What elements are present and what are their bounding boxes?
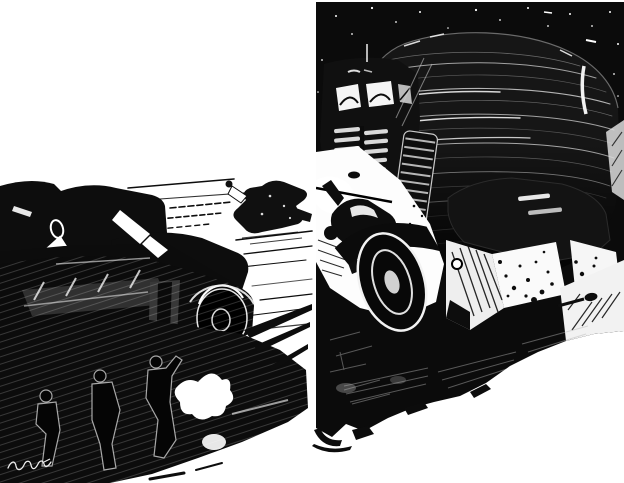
car-silhouette xyxy=(0,181,64,254)
illustration-page: Two-panel black-and-white ink illustrati… xyxy=(0,0,624,483)
illustration-figure: Two-panel black-and-white ink illustrati… xyxy=(0,0,624,483)
headlight-ring xyxy=(452,259,462,269)
tumbling-hat xyxy=(348,172,360,179)
illustration-canvas xyxy=(0,0,624,483)
victim-arm xyxy=(228,186,247,203)
victim-on-road xyxy=(226,181,313,245)
right-panel xyxy=(310,0,624,483)
victim-hand xyxy=(226,181,233,188)
rescuer-head xyxy=(324,226,338,240)
left-panel xyxy=(0,179,312,483)
